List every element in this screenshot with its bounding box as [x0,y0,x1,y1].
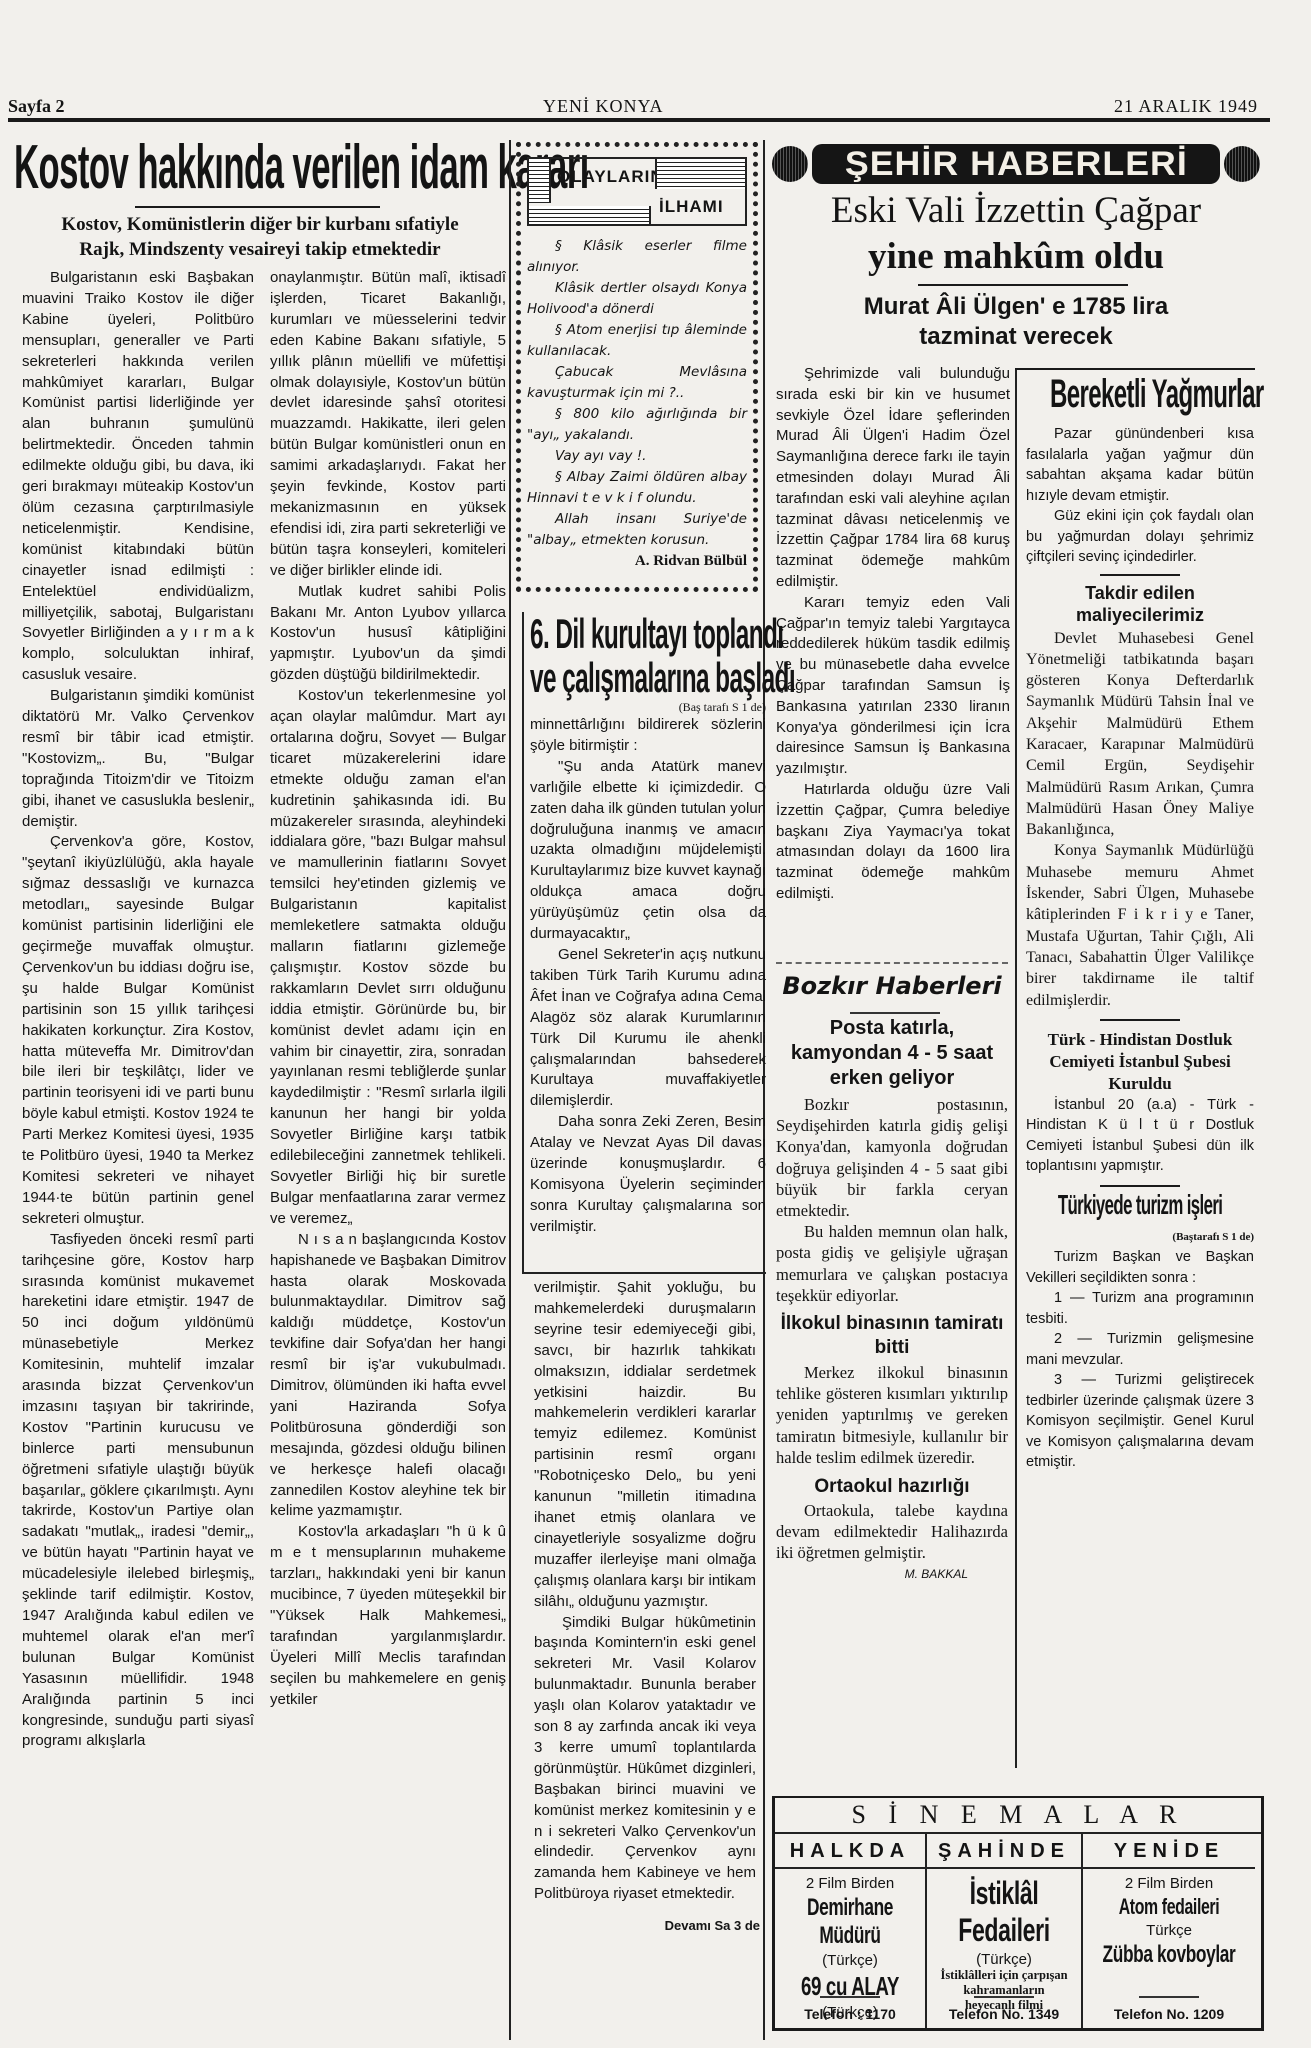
cinema-line: 2 Film Birden [1083,1875,1255,1892]
banner-left-dot [772,146,808,182]
dil-headline: 6. Dil kurultayı toplandı ve çalışmaları… [530,612,766,694]
kostov-subhead-line1: Kostov, Komünistlerin diğer bir kurbanı … [20,212,500,237]
cinema-halkda: HALKDA 2 Film Birden Demirhane Müdürü (T… [775,1834,927,2028]
film-title: Atom fedaileri [1085,1894,1252,1920]
cinema-name: HALKDA [775,1834,925,1869]
sehir-banner: ŞEHİR HABERLERİ [772,144,1260,184]
kostov-subhead: Kostov, Komünistlerin diğer bir kurbanı … [20,212,500,262]
posta-headline: Posta katırla, kamyondan 4 - 5 saat erke… [776,1016,1008,1091]
right-col-top-rule [1015,368,1255,370]
paragraph: Kararı temyiz eden Vali Çağpar'ın temyiz… [776,593,1010,780]
film-title: İstiklâl Fedaileri [927,1875,1081,1949]
paragraph: Genel Sekreter'in açış nutkunu takiben T… [530,945,766,1112]
paragraph: Daha sonra Zeki Zeren, Besim Atalay ve N… [530,1112,766,1237]
box-title-line2: İLHAMI [659,197,724,217]
paragraph: verilmiştir. Şahit yokluğu, bu mahkemele… [534,1278,756,1613]
item-comment: Çabucak Mevlâsına kavuşturmak için mi ?.… [527,362,747,404]
paragraph: Kostov'un tekerlenmesine yol açan olayla… [270,686,506,1230]
paragraph: Ortaokula, talebe kaydına devam edilmekt… [776,1500,1008,1564]
cinema-sahinde: ŞAHİNDE İstiklâl Fedaileri (Türkçe) İsti… [927,1834,1083,2028]
turizm-headline: Türkiyede turizm işleri [1058,1195,1223,1216]
maliye-headline: Takdir edilen maliyecilerimiz [1026,582,1254,626]
sehir-subhead-line2: tazminat verecek [772,322,1260,352]
bozkir-title: Bozkır Haberleri [776,972,1008,1000]
continued-note: Devamı Sa 3 de [640,1918,760,1933]
box-title-line1: OLAYLARIN [557,167,664,187]
cinema-yenide: YENİDE 2 Film Birden Atom fedaileri Türk… [1083,1834,1255,2028]
item-headline: § Klâsik eserler filme alınıyor. [527,236,747,278]
banner-right-dot [1224,146,1260,182]
film-lang: (Türkçe) [775,1952,925,1969]
page-number: Sayfa 2 [8,96,65,117]
bozkir-author: M. BAKKAL [776,1564,1008,1585]
paragraph: Bulgaristanın eski Başbakan muavini Trai… [22,268,254,686]
banner-plate: ŞEHİR HABERLERİ [812,144,1220,184]
paragraph: İstanbul 20 (a.a) - Türk - Hindistan K ü… [1026,1095,1254,1177]
hindistan-headline: Türk - Hindistan Dostluk Cemiyeti İstanb… [1026,1029,1254,1095]
paragraph: onaylanmıştır. Bütün malî, iktisadî işle… [270,268,506,582]
dil-headline-line2: ve çalışmalarına başladı [530,656,667,700]
paragraph: Devlet Muhasebesi Genel Yönetmeliği tatb… [1026,628,1254,841]
ilkokul-headline: İlkokul binasının tamiratı bitti [776,1312,1008,1360]
film-title: Zübba kovboylar [1085,1941,1252,1969]
right-column-body: Pazar günündenberi kısa fasılalarla yağa… [1026,424,1254,1473]
masthead: Sayfa 2 YENİ KONYA 21 ARALIK 1949 [8,96,1258,118]
item-headline: § Atom enerjisi tıp âleminde kullanılaca… [527,320,747,362]
sinemalar-box: S İ N E M A L A R HALKDA 2 Film Birden D… [772,1796,1264,2031]
banner-text: ŞEHİR HABERLERİ [844,144,1187,184]
paragraph: N ı s a n başlangıcında Kostov hapishane… [270,1230,506,1523]
sehir-headline-line1: Eski Vali İzzettin Çağpar [772,188,1260,234]
box-title: OLAYLARIN İLHAMI [527,157,747,226]
box-items: § Klâsik eserler filme alınıyor. Klâsik … [527,236,747,572]
kostov-subhead-line2: Rajk, Mindszenty vesaireyi takip etmekte… [20,237,500,262]
paragraph: 2 — Turizmin gelişmesine mani mevzular. [1026,1329,1254,1370]
turizm-headline-wrap: Türkiyede turizm işleri [1026,1195,1254,1227]
cinema-name: ŞAHİNDE [927,1834,1081,1869]
sehir-divider [918,284,1128,286]
paragraph: Çervenkov'a göre, Kostov, "şeytanî ikiyü… [22,832,254,1229]
paragraph: Mutlak kudret sahibi Polis Bakanı Mr. An… [270,582,506,687]
item-comment: Vay ayı vay !. [527,446,747,467]
maliye-body: Devlet Muhasebesi Genel Yönetmeliği tatb… [1026,628,1254,1011]
film-title: Demirhane Müdürü [774,1894,925,1950]
item-headline: § Albay Zaimi öldüren albay Hinnavi t e … [527,467,747,509]
ortaokul-headline: Ortaokul hazırlığı [776,1474,1008,1500]
yagmur-headline: Bereketli Yağmurlar [1050,372,1264,417]
cinema-phone: Telefon : 1170 [775,1996,925,2022]
headline-divider [135,206,380,208]
column-divider [1015,368,1017,1768]
paragraph: Pazar günündenberi kısa fasılalarla yağa… [1026,424,1254,506]
paragraph: 1 — Turizm ana programının tesbiti. [1026,1288,1254,1329]
paragraph: Kostov'la arkadaşları "h ü k û m e t men… [270,1522,506,1710]
divider [1100,1019,1180,1021]
sehir-subhead: Murat Âli Ülgen' e 1785 lira tazminat ve… [772,292,1260,352]
item-headline: § 800 kilo ağırlığında bir "ayı„ yakalan… [527,404,747,446]
issue-date: 21 ARALIK 1949 [1114,96,1258,117]
kostov-column-3: verilmiştir. Şahit yokluğu, bu mahkemele… [534,1278,756,1968]
cinema-name: YENİDE [1083,1834,1255,1869]
paragraph: Turizm Başkan ve Başkan Vekilleri seçild… [1026,1247,1254,1288]
item-comment: Allah insanı Suriye'de "albay„ etmekten … [527,509,747,551]
paragraph: Bozkır postasının, Seydişehirden katırla… [776,1094,1008,1221]
olaylarin-ilhami-box: OLAYLARIN İLHAMI § Klâsik eserler filme … [516,142,758,592]
bozkir-divider [776,962,1008,964]
paper-name: YENİ KONYA [543,96,664,117]
dil-headline-line1: 6. Dil kurultayı toplandı [530,612,667,656]
paragraph: Tasfiyeden önceki resmî parti tarihçesin… [22,1230,254,1753]
sehir-body: Şehrimizde vali bulunduğu sırada eski bi… [776,364,1010,905]
kostov-column-2: onaylanmıştır. Bütün malî, iktisadî işle… [270,268,506,2013]
column-divider [509,140,511,2040]
posta-body: Bozkır postasının, Seydişehirden katırla… [776,1094,1008,1585]
cinema-phone: Telefon No. 1349 [927,1996,1081,2022]
paragraph: Merkez ilkokul binasının tehlike göstere… [776,1362,1008,1468]
film-lang: Türkçe [1083,1922,1255,1939]
cinema-phone: Telefon No. 1209 [1083,1996,1255,2022]
paragraph: Hatırlarda olduğu üzre Vali İzzettin Çağ… [776,780,1010,905]
paragraph: minnettârlığını bildirerek sözlerini şöy… [530,715,766,757]
cinema-row: HALKDA 2 Film Birden Demirhane Müdürü (T… [775,1834,1261,2028]
paragraph: Şehrimizde vali bulunduğu sırada eski bi… [776,364,1010,593]
yagmur-headline-wrap: Bereketli Yağmurlar [1032,372,1256,418]
item-comment: Klâsik dertler olsaydı Konya Holivood'a … [527,278,747,320]
divider [1100,1185,1180,1187]
kostov-column-1: Bulgaristanın eski Başbakan muavini Trai… [22,268,254,2013]
paragraph: 3 — Turizmi geliştirecek tedbirler üzeri… [1026,1370,1254,1473]
dil-kurultayi-article: 6. Dil kurultayı toplandı ve çalışmaları… [522,612,766,1274]
box-author: A. Ridvan Bülbül [527,551,747,572]
paragraph: Bulgaristanın şimdiki komünist diktatörü… [22,686,254,832]
paragraph: Güz ekini için çok faydalı olan bu yağmu… [1026,506,1254,568]
turizm-source: (Baştarafı S 1 de) [1026,1227,1254,1248]
paragraph: Bu halden memnun olan halk, posta gidiş … [776,1221,1008,1306]
sehir-headline-line2: yine mahkûm oldu [772,234,1260,280]
bozkir-wavy [850,1006,940,1014]
film-lang: (Türkçe) [927,1951,1081,1968]
paragraph: "Şu anda Atatürk manevi varlığile elbett… [530,757,766,945]
masthead-rule [8,118,1270,122]
sehir-headline: Eski Vali İzzettin Çağpar yine mahkûm ol… [772,188,1260,280]
sehir-subhead-line1: Murat Âli Ülgen' e 1785 lira [772,292,1260,322]
dil-source: (Baş tarafı S 1 de) [530,700,766,715]
dil-body: minnettârlığını bildirerek sözlerini şöy… [530,715,766,1238]
kostov-headline-wrap: Kostov hakkında verilen idam kararı [14,132,504,212]
sinemalar-title: S İ N E M A L A R [775,1798,1261,1834]
divider [1100,574,1180,576]
paragraph: Şimdiki Bulgar hükûmetinin başında Komin… [534,1613,756,1906]
cinema-line: 2 Film Birden [775,1875,925,1892]
kostov-headline: Kostov hakkında verilen idam kararı [14,132,288,203]
paragraph: Konya Saymanlık Müdürlüğü Muhasebe memur… [1026,840,1254,1010]
